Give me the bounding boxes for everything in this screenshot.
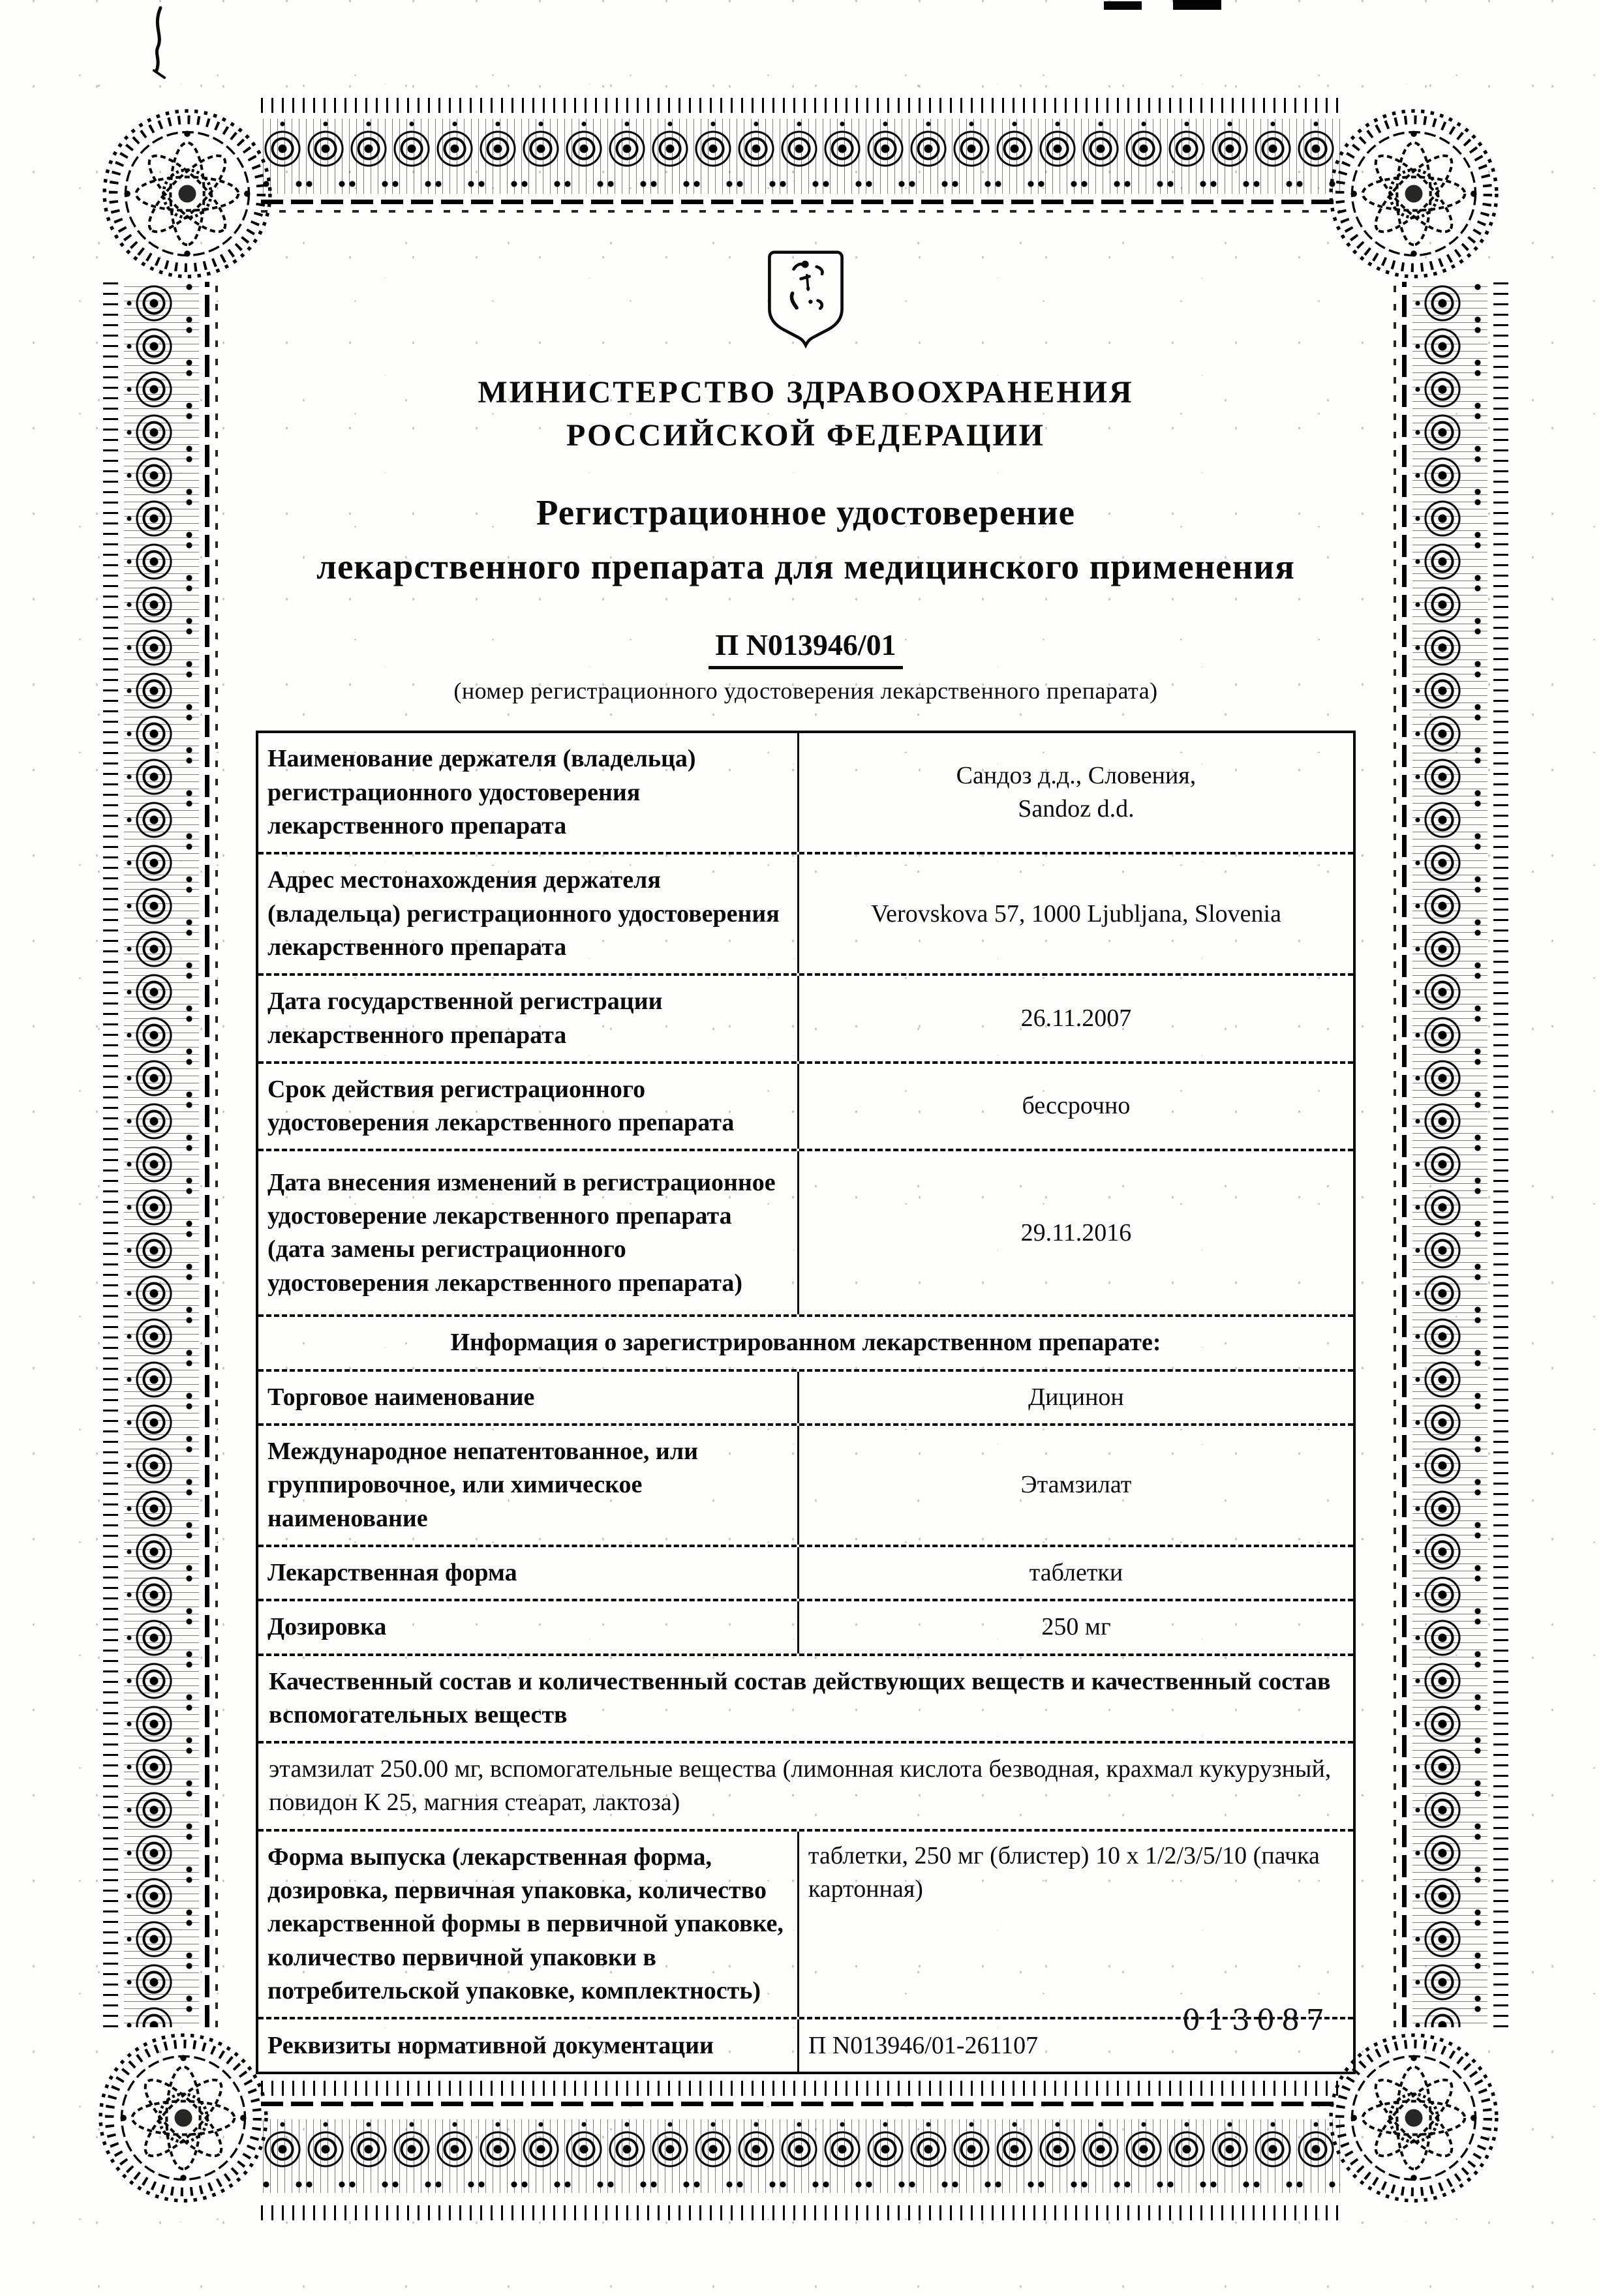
border-band-right xyxy=(1394,282,1508,2027)
border-band-bottom xyxy=(261,2081,1340,2220)
corner-rosette-top-left xyxy=(99,106,275,282)
table-row-trade-name: Торговое наименование Дицинон xyxy=(258,1369,1353,1423)
scan-artifact-dash xyxy=(1104,1,1142,10)
document-title-line-2: лекарственного препарата для медицинског… xyxy=(256,540,1356,594)
ministry-name: МИНИСТЕРСТВО ЗДРАВООХРАНЕНИЯ РОССИЙСКОЙ … xyxy=(256,371,1356,457)
row-label: Реквизиты нормативной документации xyxy=(258,2019,799,2072)
row-value: Сандоз д.д., Словения, Sandoz d.d. xyxy=(799,733,1353,852)
row-value: 29.11.2016 xyxy=(799,1151,1353,1314)
table-row-holder-name: Наименование держателя (владельца) регис… xyxy=(258,733,1353,852)
row-label: Наименование держателя (владельца) регис… xyxy=(258,733,799,852)
row-label: Срок действия регистрационного удостовер… xyxy=(258,1064,799,1149)
row-value: Дицинон xyxy=(799,1372,1353,1423)
serial-number: 013087 xyxy=(1182,2004,1331,2037)
row-label: Форма выпуска (лекарственная форма, дози… xyxy=(258,1832,799,2017)
table-row-composition-details: этамзилат 250.00 мг, вспомогательные вещ… xyxy=(258,1741,1353,1829)
composition-details: этамзилат 250.00 мг, вспомогательные вещ… xyxy=(258,1744,1353,1829)
table-row-amendment-date: Дата внесения изменений в регистрационно… xyxy=(258,1149,1353,1314)
row-label: Дата государственной регистрации лекарст… xyxy=(258,976,799,1061)
row-value: 26.11.2007 xyxy=(799,976,1353,1061)
ministry-name-line-2: РОССИЙСКОЙ ФЕДЕРАЦИИ xyxy=(256,414,1356,457)
scan-artifact-dash xyxy=(1173,0,1221,10)
certificate-number: П N013946/01 xyxy=(709,627,902,669)
registration-table: Наименование держателя (владельца) регис… xyxy=(256,731,1356,2074)
ministry-name-line-1: МИНИСТЕРСТВО ЗДРАВООХРАНЕНИЯ xyxy=(256,371,1356,414)
border-band-top xyxy=(261,98,1340,213)
table-row-holder-address: Адрес местонахождения держателя (владель… xyxy=(258,852,1353,973)
row-label: Дата внесения изменений в регистрационно… xyxy=(258,1151,799,1314)
composition-header: Качественный состав и количественный сос… xyxy=(258,1656,1353,1742)
table-row-release-form: Форма выпуска (лекарственная форма, дози… xyxy=(258,1829,1353,2017)
row-value: бессрочно xyxy=(799,1064,1353,1149)
table-row-validity: Срок действия регистрационного удостовер… xyxy=(258,1061,1353,1149)
table-row-dosage-form: Лекарственная форма таблетки xyxy=(258,1545,1353,1599)
pen-mark xyxy=(138,5,191,81)
row-value: таблетки xyxy=(799,1547,1353,1599)
row-value: 250 мг xyxy=(799,1601,1353,1653)
table-row-inn: Международное непатентованное, или групп… xyxy=(258,1423,1353,1545)
certificate-page: МИНИСТЕРСТВО ЗДРАВООХРАНЕНИЯ РОССИЙСКОЙ … xyxy=(0,0,1601,2296)
table-row-registration-date: Дата государственной регистрации лекарст… xyxy=(258,973,1353,1061)
row-label: Адрес местонахождения держателя (владель… xyxy=(258,854,799,973)
border-band-left xyxy=(103,282,218,2027)
table-row-composition-header: Качественный состав и количественный сос… xyxy=(258,1654,1353,1742)
document-title: Регистрационное удостоверение лекарствен… xyxy=(256,486,1356,594)
table-row-info-header: Информация о зарегистрированном лекарств… xyxy=(258,1314,1353,1368)
row-label: Международное непатентованное, или групп… xyxy=(258,1426,799,1545)
row-label: Дозировка xyxy=(258,1601,799,1653)
row-value: Этамзилат xyxy=(799,1426,1353,1545)
info-section-header: Информация о зарегистрированном лекарств… xyxy=(258,1317,1353,1368)
row-value: таблетки, 250 мг (блистер) 10 х 1/2/3/5/… xyxy=(799,1832,1353,2017)
coat-of-arms-icon xyxy=(765,247,847,351)
row-value: Verovskova 57, 1000 Ljubljana, Slovenia xyxy=(799,854,1353,973)
row-label: Торговое наименование xyxy=(258,1372,799,1423)
row-label: Лекарственная форма xyxy=(258,1547,799,1599)
corner-rosette-bottom-left xyxy=(95,2030,271,2206)
document-title-line-1: Регистрационное удостоверение xyxy=(256,486,1356,540)
certificate-number-caption: (номер регистрационного удостоверения ле… xyxy=(256,677,1356,704)
table-row-dosage: Дозировка 250 мг xyxy=(258,1599,1353,1653)
